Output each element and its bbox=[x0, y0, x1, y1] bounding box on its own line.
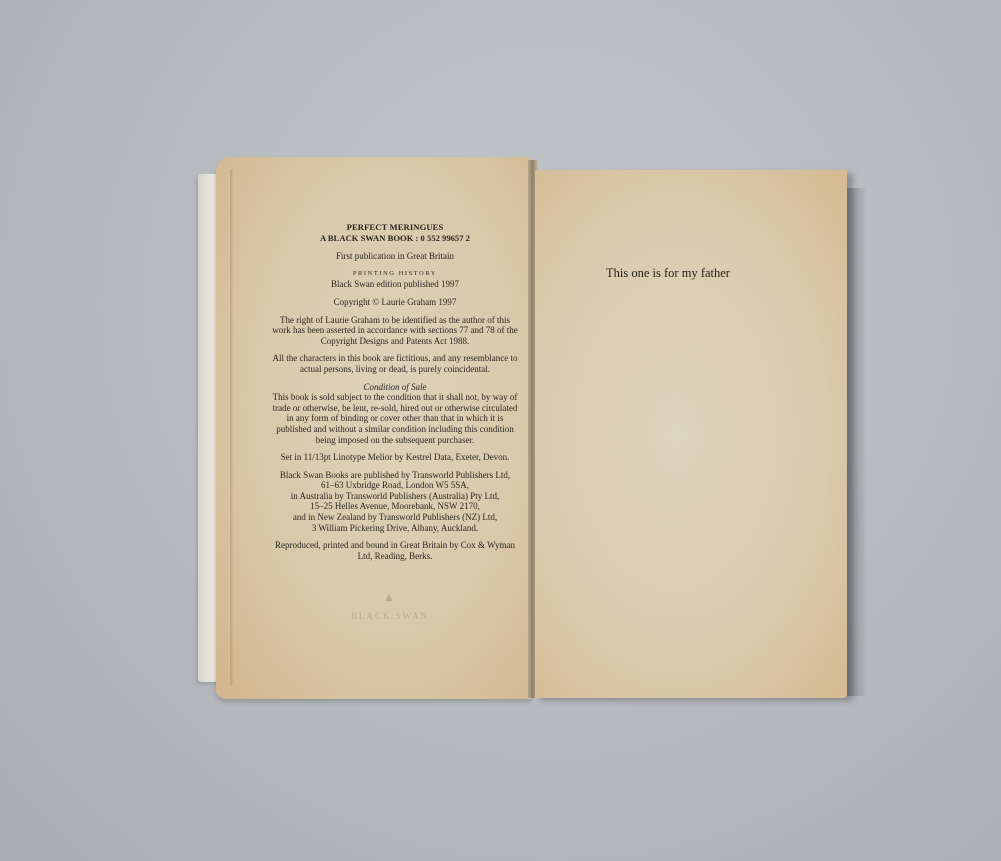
photo-scene: PERFECT MERINGUES A BLACK SWAN BOOK : 0 … bbox=[0, 0, 1001, 861]
publisher-line: and in New Zealand by Transworld Publish… bbox=[293, 512, 497, 522]
typesetting-line: Set in 11/13pt Linotype Melior by Kestre… bbox=[272, 452, 518, 463]
publisher-line: 3 William Pickering Drive, Albany, Auckl… bbox=[312, 523, 478, 533]
fiction-disclaimer: All the characters in this book are fict… bbox=[272, 353, 518, 374]
publisher-line: 15–25 Helles Avenue, Moorebank, NSW 2170… bbox=[310, 501, 480, 511]
ghost-logo: ▲ BLACK SWAN bbox=[330, 590, 450, 621]
ghost-logo-text: BLACK SWAN bbox=[351, 611, 429, 621]
swan-icon: ▲ bbox=[330, 590, 450, 605]
publisher-line: in Australia by Transworld Publishers (A… bbox=[291, 491, 500, 501]
isbn-line: A BLACK SWAN BOOK : 0 552 99657 2 bbox=[272, 233, 518, 244]
book-title: PERFECT MERINGUES bbox=[272, 222, 518, 233]
publisher-block: Black Swan Books are published by Transw… bbox=[272, 470, 518, 534]
moral-rights: The right of Laurie Graham to be identif… bbox=[272, 315, 518, 347]
copyright-line: Copyright © Laurie Graham 1997 bbox=[272, 297, 518, 308]
right-page bbox=[535, 170, 847, 698]
publisher-line: Black Swan Books are published by Transw… bbox=[280, 470, 510, 480]
condition-heading: Condition of Sale bbox=[272, 382, 518, 393]
page-shadow bbox=[847, 188, 867, 696]
edition-line: Black Swan edition published 1997 bbox=[272, 279, 518, 290]
publisher-line: 61–63 Uxbridge Road, London W5 5SA, bbox=[321, 480, 469, 490]
copyright-block: PERFECT MERINGUES A BLACK SWAN BOOK : 0 … bbox=[272, 222, 518, 568]
printer-line: Reproduced, printed and bound in Great B… bbox=[272, 540, 518, 561]
dedication-text: This one is for my father bbox=[560, 266, 776, 281]
condition-text: This book is sold subject to the conditi… bbox=[272, 392, 518, 445]
first-publication: First publication in Great Britain bbox=[272, 251, 518, 262]
printing-history-label: PRINTING HISTORY bbox=[272, 269, 518, 280]
